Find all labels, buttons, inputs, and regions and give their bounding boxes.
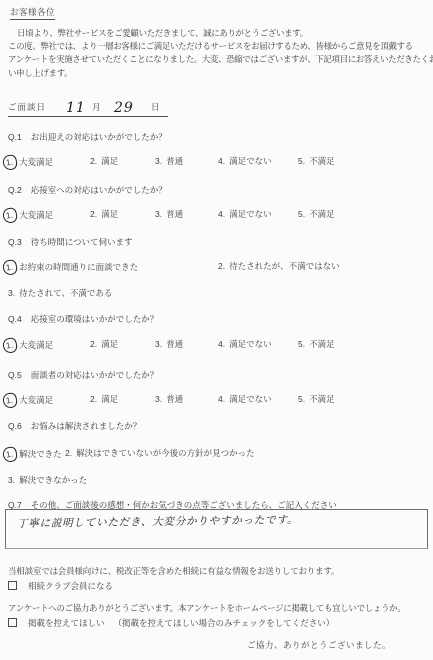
intro-line: 日頃より、弊社サービスをご愛顧いただきまして、誠にありがとうございます。: [8, 27, 429, 40]
question-number: Q.3: [8, 237, 22, 247]
comment-box[interactable]: 丁寧に説明していただき、大変分かりやすかったです。: [5, 509, 428, 549]
q4-option-2[interactable]: 2.満足: [90, 338, 118, 350]
q1-option-4[interactable]: 4.満足でない: [218, 155, 272, 167]
intro-paragraph: 日頃より、弊社サービスをご愛顧いただきまして、誠にありがとうございます。この度、…: [8, 27, 429, 80]
salutation-heading: お客様各位: [10, 6, 55, 20]
question-number: Q.4: [8, 314, 22, 324]
option-number: 5.: [298, 156, 305, 166]
question-text: 待ち時間について伺います: [31, 237, 133, 247]
option-label: 不満足: [309, 209, 335, 219]
option-label: 大変満足: [19, 340, 53, 350]
question-6-options-row: 1.解決できた2.解決はできていないが今後の方針が見つかった: [0, 447, 433, 462]
question-text: 応接室への対応はいかがでしたか？: [31, 185, 167, 195]
survey-page: お客様各位 日頃より、弊社サービスをご愛顧いただきまして、誠にありがとうございま…: [0, 0, 433, 660]
club-member-checkbox-label: 相続クラブ会員になる: [28, 581, 113, 591]
question-text: 応接室の環境はいかがでしたか？: [31, 314, 159, 324]
q5-option-4[interactable]: 4.満足でない: [218, 393, 272, 405]
q4-option-4[interactable]: 4.満足でない: [218, 338, 272, 350]
publish-optout-note: （掲載を控えてほしい場合のみチェックをしてください）: [114, 618, 335, 628]
question-number: Q.2: [8, 185, 22, 195]
question-1-heading: Q.1お出迎えの対応はいかがでしたか？: [8, 131, 167, 143]
q4-option-3[interactable]: 3.普通: [155, 338, 183, 350]
option-number: 4.: [218, 394, 225, 404]
option-number: 3.: [155, 394, 162, 404]
question-6-options-row: 3.解決できなかった: [0, 474, 433, 489]
option-number: 3.: [155, 339, 162, 349]
option-label: 解決できた: [19, 449, 62, 459]
option-label: 大変満足: [19, 395, 53, 405]
q3-option-3[interactable]: 3.待たされて、不満である: [8, 287, 112, 299]
handwritten-comment: 丁寧に説明していただき、大変分かりやすかったです。: [17, 512, 298, 531]
question-3-options-row: 1.お約束の時間通りに面談できた2.待たされたが、不満ではない: [0, 260, 433, 275]
option-label: 不満足: [309, 339, 335, 349]
option-number: 2.: [90, 209, 97, 219]
option-number: 4.: [218, 339, 225, 349]
handwritten-circle-answer-mark: 1.: [2, 392, 18, 409]
publish-optout-checkbox-row[interactable]: 掲載を控えてほしい（掲載を控えてほしい場合のみチェックをしてください）: [8, 617, 334, 629]
option-number: 4.: [218, 209, 225, 219]
question-3-options-row: 3.待たされて、不満である: [0, 287, 433, 302]
option-label: お約束の時間通りに面談できた: [19, 262, 138, 272]
option-number: 3.: [155, 209, 162, 219]
option-number: 3.: [8, 288, 15, 298]
option-number: 2.: [218, 261, 225, 271]
question-2-heading: Q.2応接室への対応はいかがでしたか？: [8, 184, 167, 196]
question-4-heading: Q.4応接室の環境はいかがでしたか？: [8, 313, 158, 325]
question-1-options-row: 1.大変満足2.満足3.普通4.満足でない5.不満足: [0, 155, 433, 170]
q2-option-5[interactable]: 5.不満足: [298, 208, 335, 220]
q5-option-3[interactable]: 3.普通: [155, 393, 183, 405]
q4-option-1[interactable]: 1.大変満足: [8, 338, 53, 353]
option-label: 満足: [101, 339, 118, 349]
question-5-heading: Q.5面談者の対応はいかがでしたか？: [8, 369, 158, 381]
option-number: 3.: [155, 156, 162, 166]
month-unit-label: 月: [92, 101, 101, 113]
question-2-options-row: 1.大変満足2.満足3.普通4.満足でない5.不満足: [0, 208, 433, 223]
option-number: 2.: [65, 448, 72, 458]
option-label: 満足でない: [229, 209, 272, 219]
day-value-handwritten: 29: [114, 100, 134, 116]
option-label: 普通: [166, 394, 183, 404]
question-number: Q.1: [8, 132, 22, 142]
q1-option-1[interactable]: 1.大変満足: [8, 155, 53, 170]
publish-permission-text: アンケートへのご協力ありがとうございます。本アンケートをホームページに掲載しても…: [8, 602, 406, 614]
handwritten-circle-answer-mark: 1.: [2, 207, 18, 224]
option-label: 普通: [166, 156, 183, 166]
q1-option-5[interactable]: 5.不満足: [298, 155, 335, 167]
interview-date-label: ご面談日: [8, 101, 46, 113]
club-member-checkbox-row[interactable]: 相続クラブ会員になる: [8, 580, 113, 592]
question-number: Q.5: [8, 370, 22, 380]
option-label: 満足でない: [229, 339, 272, 349]
question-text: お出迎えの対応はいかがでしたか？: [31, 132, 167, 142]
handwritten-circle-answer-mark: 1.: [2, 154, 18, 171]
question-3-heading: Q.3待ち時間について伺います: [8, 236, 133, 248]
option-label: 満足: [101, 209, 118, 219]
q2-option-3[interactable]: 3.普通: [155, 208, 183, 220]
option-label: 大変満足: [19, 157, 53, 167]
option-label: 待たされて、不満である: [19, 288, 112, 298]
option-label: 普通: [166, 209, 183, 219]
intro-line: アンケートを実施させていただくことになりました。大変、恐縮ではございますが、下記…: [8, 53, 429, 66]
option-number: 2.: [90, 339, 97, 349]
handwritten-circle-answer-mark: 1.: [2, 446, 18, 463]
option-number: 2.: [90, 156, 97, 166]
option-label: 満足でない: [229, 394, 272, 404]
option-label: 不満足: [309, 156, 335, 166]
publish-optout-label: 掲載を控えてほしい: [28, 618, 105, 628]
q1-option-2[interactable]: 2.満足: [90, 155, 118, 167]
option-label: 普通: [166, 339, 183, 349]
q1-option-3[interactable]: 3.普通: [155, 155, 183, 167]
month-value-handwritten: 11: [66, 100, 86, 116]
option-label: 待たされたが、不満ではない: [229, 261, 340, 271]
q6-option-1[interactable]: 1.解決できた: [8, 447, 62, 462]
handwritten-circle-answer-mark: 1.: [2, 337, 18, 354]
option-label: 満足: [101, 394, 118, 404]
intro-line: い申し上げます。: [8, 67, 429, 80]
q2-option-4[interactable]: 4.満足でない: [218, 208, 272, 220]
interview-date-line: ご面談日 11 月 29 日: [8, 97, 168, 117]
q3-option-2[interactable]: 2.待たされたが、不満ではない: [218, 260, 340, 272]
question-4-options-row: 1.大変満足2.満足3.普通4.満足でない5.不満足: [0, 338, 433, 353]
option-number: 5.: [298, 394, 305, 404]
checkbox-icon[interactable]: [8, 581, 17, 590]
intro-line: この度、弊社では、より一層お客様にご満足いただけるサービスをお届けするため、皆様…: [8, 40, 429, 53]
q6-option-2[interactable]: 2.解決はできていないが今後の方針が見つかった: [65, 447, 255, 459]
checkbox-icon[interactable]: [8, 618, 17, 627]
question-6-heading: Q.6お悩みは解決されましたか？: [8, 420, 141, 432]
option-label: 満足: [101, 156, 118, 166]
question-number: Q.6: [8, 421, 22, 431]
question-text: お悩みは解決されましたか？: [31, 421, 142, 431]
option-label: 不満足: [309, 394, 335, 404]
option-number: 2.: [90, 394, 97, 404]
option-label: 解決できなかった: [19, 475, 87, 485]
handwritten-circle-answer-mark: 1.: [2, 259, 18, 276]
q4-option-5[interactable]: 5.不満足: [298, 338, 335, 350]
q5-option-1[interactable]: 1.大変満足: [8, 393, 53, 408]
day-unit-label: 日: [151, 101, 160, 113]
q5-option-5[interactable]: 5.不満足: [298, 393, 335, 405]
option-number: 3.: [8, 475, 15, 485]
q3-option-1[interactable]: 1.お約束の時間通りに面談できた: [8, 260, 138, 275]
question-text: 面談者の対応はいかがでしたか？: [31, 370, 159, 380]
option-label: 解決はできていないが今後の方針が見つかった: [76, 448, 255, 458]
closing-thanks: ご協力、ありがとうございました。: [247, 639, 391, 651]
club-info-text: 当相談室では会員様向けに、税改正等を含めた相続に有益な情報をお送りしております。: [8, 565, 339, 577]
q2-option-1[interactable]: 1.大変満足: [8, 208, 53, 223]
option-label: 満足でない: [229, 156, 272, 166]
option-number: 5.: [298, 209, 305, 219]
option-number: 5.: [298, 339, 305, 349]
q2-option-2[interactable]: 2.満足: [90, 208, 118, 220]
question-5-options-row: 1.大変満足2.満足3.普通4.満足でない5.不満足: [0, 393, 433, 408]
option-label: 大変満足: [19, 210, 53, 220]
option-number: 4.: [218, 156, 225, 166]
q5-option-2[interactable]: 2.満足: [90, 393, 118, 405]
q6-option-3[interactable]: 3.解決できなかった: [8, 474, 87, 486]
